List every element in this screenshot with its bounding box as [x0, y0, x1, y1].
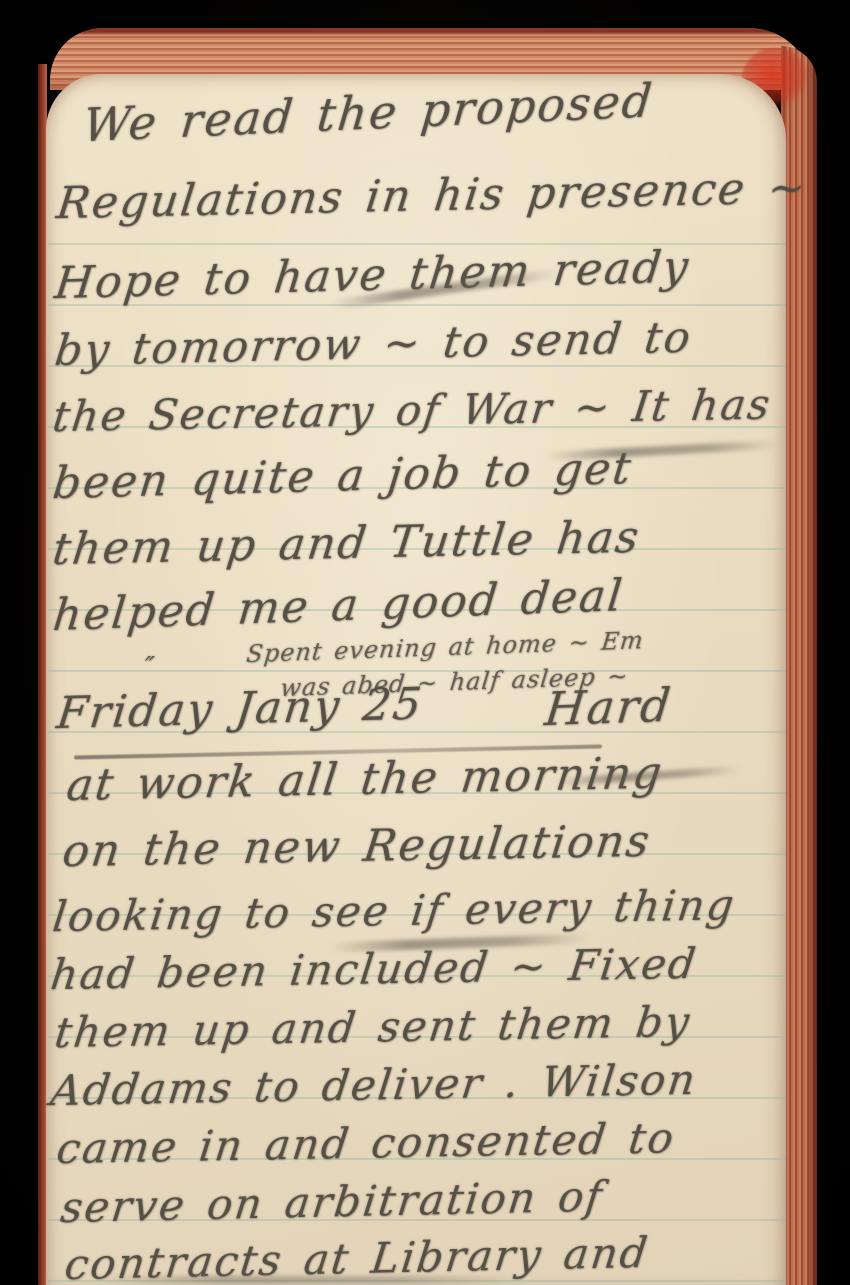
handwriting-line: them up and Tuttle has	[50, 512, 643, 575]
handwriting-line: on the new Regulations	[60, 816, 654, 877]
handwriting-line: Regulations in his presence ~	[54, 162, 810, 229]
handwriting-line: Hard	[542, 678, 675, 737]
handwriting-line: Addams to deliver . Wilson	[48, 1055, 700, 1115]
handwriting-line: looking to see if every thing	[50, 880, 738, 941]
photo-background: We read the proposedRegulations in his p…	[0, 0, 850, 1285]
handwriting-line: We read the proposed	[81, 73, 656, 152]
handwriting-line: the Secretary of War ~ It has	[50, 379, 774, 441]
insertion-caret-mark: ″	[142, 652, 158, 682]
handwriting-line: came in and consented to	[54, 1113, 678, 1173]
interlinear-note-line: Spent evening at home ~ Em	[245, 626, 645, 668]
handwriting-line: serve on arbitration of	[58, 1172, 606, 1232]
handwriting-line: by tomorrow ~ to send to	[52, 313, 695, 376]
partial-next-line	[95, 1276, 525, 1284]
date-heading-line: Friday Jany 25	[54, 678, 426, 739]
handwriting-line: them up and sent them by	[52, 997, 694, 1057]
handwriting-layer: We read the proposedRegulations in his p…	[0, 0, 850, 1285]
